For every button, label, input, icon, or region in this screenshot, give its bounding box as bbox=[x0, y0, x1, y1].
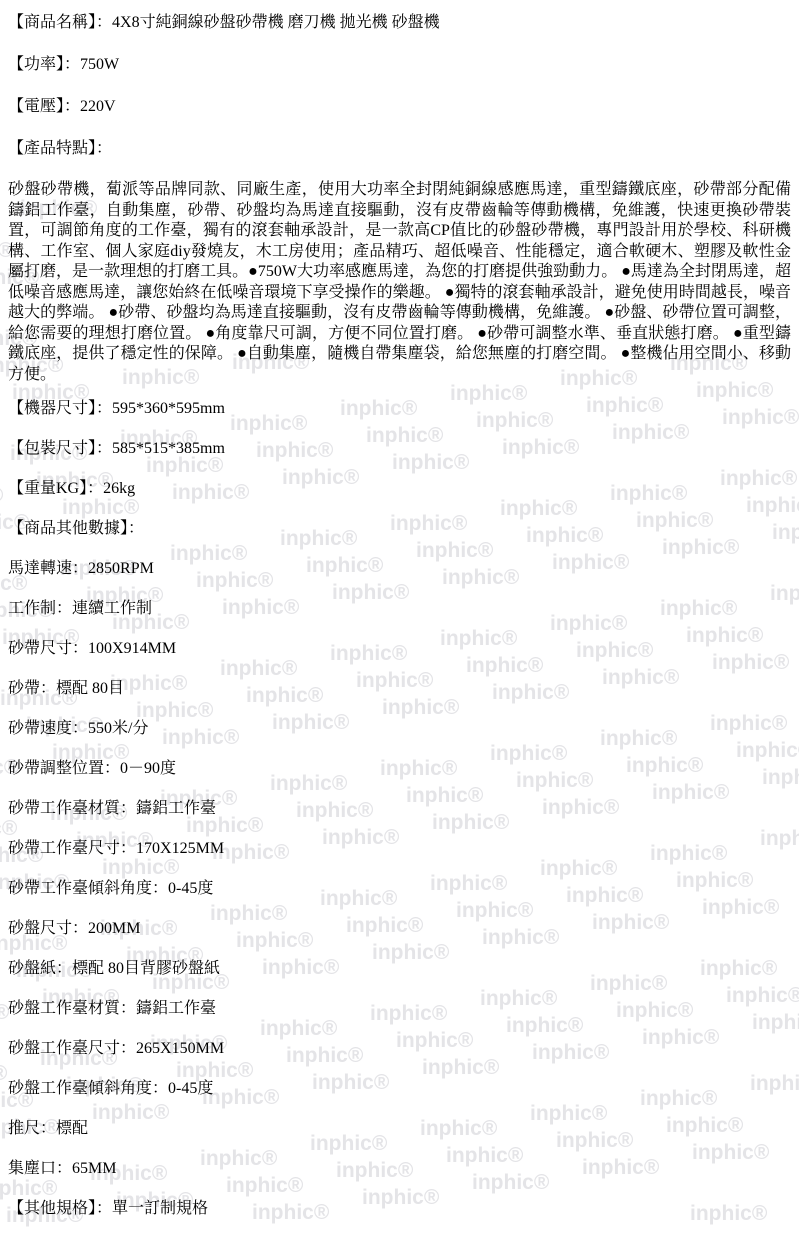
spec-belt-size-value: 100X914MM bbox=[88, 640, 176, 657]
field-package-size-value: 585*515*385mm bbox=[112, 440, 225, 457]
spec-belt-table-size-value: 170X125MM bbox=[136, 840, 224, 857]
spec-belt-table-tilt-value: 0-45度 bbox=[168, 880, 213, 897]
field-machine-size: 【機器尺寸】：595*360*595mm bbox=[8, 398, 791, 419]
field-package-size-label: 【包裝尺寸】 bbox=[8, 440, 96, 457]
field-machine-size-value: 595*360*595mm bbox=[112, 400, 225, 417]
field-other-spec-label: 【其他規格】 bbox=[8, 1200, 96, 1217]
spec-duty-cycle: 工作制：連續工作制 bbox=[8, 598, 791, 619]
field-product-name-label: 【商品名稱】 bbox=[8, 14, 96, 31]
field-product-name: 【商品名稱】：4X8寸純銅線砂盤砂帶機 磨刀機 拋光機 砂盤機 bbox=[8, 12, 791, 33]
field-weight-value: 26kg bbox=[103, 480, 135, 497]
spec-disc-table-tilt: 砂盤工作臺傾斜角度：0-45度 bbox=[8, 1078, 791, 1099]
spec-miter-gauge-value: 標配 bbox=[56, 1120, 88, 1137]
field-machine-size-label: 【機器尺寸】 bbox=[8, 400, 96, 417]
spec-disc-table-size-label: 砂盤工作臺尺寸 bbox=[8, 1040, 120, 1057]
spec-belt-size-label: 砂帶尺寸 bbox=[8, 640, 72, 657]
spec-belt-adjust-range-label: 砂帶調整位置 bbox=[8, 760, 104, 777]
spec-belt-table-size: 砂帶工作臺尺寸：170X125MM bbox=[8, 838, 791, 859]
colon: ： bbox=[72, 920, 88, 937]
colon: ： bbox=[104, 760, 120, 777]
colon: ： bbox=[64, 56, 80, 73]
spec-duty-cycle-value: 連續工作制 bbox=[72, 600, 152, 617]
field-voltage: 【電壓】：220V bbox=[8, 96, 791, 117]
colon: ： bbox=[40, 1120, 56, 1137]
colon: ： bbox=[120, 1040, 136, 1057]
colon: ： bbox=[56, 1160, 72, 1177]
spec-disc-table-size-value: 265X150MM bbox=[136, 1040, 224, 1057]
spec-belt-table-size-label: 砂帶工作臺尺寸 bbox=[8, 840, 120, 857]
spec-belt: 砂帶：標配 80目 bbox=[8, 678, 791, 699]
spec-disc-paper: 砂盤紙：標配 80目背膠砂盤紙 bbox=[8, 958, 791, 979]
spec-dust-port-label: 集塵口 bbox=[8, 1160, 56, 1177]
spec-belt-speed-label: 砂帶速度 bbox=[8, 720, 72, 737]
colon: ： bbox=[96, 400, 112, 417]
spec-belt-adjust-range-value: 0－90度 bbox=[120, 760, 176, 777]
colon: ： bbox=[96, 140, 112, 157]
field-power: 【功率】：750W bbox=[8, 54, 791, 75]
spec-disc-size-value: 200MM bbox=[88, 920, 140, 937]
spec-motor-speed-label: 馬達轉速 bbox=[8, 560, 72, 577]
spec-belt-table-tilt-label: 砂帶工作臺傾斜角度 bbox=[8, 880, 152, 897]
spec-miter-gauge-label: 推尺 bbox=[8, 1120, 40, 1137]
field-other-data-heading-label: 【商品其他數據】 bbox=[8, 520, 128, 537]
colon: ： bbox=[152, 880, 168, 897]
colon: ： bbox=[56, 600, 72, 617]
field-voltage-value: 220V bbox=[80, 98, 116, 115]
spec-belt-table-material-label: 砂帶工作臺材質 bbox=[8, 800, 120, 817]
colon: ： bbox=[152, 1080, 168, 1097]
colon: ： bbox=[72, 640, 88, 657]
colon: ： bbox=[64, 98, 80, 115]
spec-disc-paper-value: 標配 80目背膠砂盤紙 bbox=[72, 960, 220, 977]
spec-belt-table-material: 砂帶工作臺材質：鑄鋁工作臺 bbox=[8, 798, 791, 819]
spec-disc-table-material: 砂盤工作臺材質：鑄鋁工作臺 bbox=[8, 998, 791, 1019]
field-features-heading-label: 【產品特點】 bbox=[8, 140, 96, 157]
spec-belt-table-tilt: 砂帶工作臺傾斜角度：0-45度 bbox=[8, 878, 791, 899]
field-other-spec-value: 單一訂制規格 bbox=[112, 1200, 208, 1217]
features-paragraph: 砂盤砂帶機，蔔派等品牌同款、同廠生產，使用大功率全封閉純銅線感應馬達，重型鑄鐵底… bbox=[8, 180, 791, 385]
colon: ： bbox=[56, 960, 72, 977]
field-power-label: 【功率】 bbox=[8, 56, 64, 73]
spec-disc-table-material-value: 鑄鋁工作臺 bbox=[136, 1000, 216, 1017]
field-power-value: 750W bbox=[80, 56, 119, 73]
spec-disc-size-label: 砂盤尺寸 bbox=[8, 920, 72, 937]
field-voltage-label: 【電壓】 bbox=[8, 98, 64, 115]
spec-disc-size: 砂盤尺寸：200MM bbox=[8, 918, 791, 939]
spec-belt-speed: 砂帶速度：550米/分 bbox=[8, 718, 791, 739]
spec-dust-port: 集塵口：65MM bbox=[8, 1158, 791, 1179]
colon: ： bbox=[87, 480, 103, 497]
spec-disc-table-material-label: 砂盤工作臺材質 bbox=[8, 1000, 120, 1017]
spec-disc-table-tilt-label: 砂盤工作臺傾斜角度 bbox=[8, 1080, 152, 1097]
product-description-content: 【商品名稱】：4X8寸純銅線砂盤砂帶機 磨刀機 拋光機 砂盤機 【功率】：750… bbox=[0, 0, 799, 1219]
spec-dust-port-value: 65MM bbox=[72, 1160, 116, 1177]
field-weight-label: 【重量KG】 bbox=[8, 480, 87, 497]
field-features-heading: 【產品特點】： bbox=[8, 138, 791, 159]
colon: ： bbox=[120, 800, 136, 817]
spec-disc-paper-label: 砂盤紙 bbox=[8, 960, 56, 977]
spec-disc-table-tilt-value: 0-45度 bbox=[168, 1080, 213, 1097]
colon: ： bbox=[96, 440, 112, 457]
colon: ： bbox=[72, 720, 88, 737]
spec-motor-speed: 馬達轉速：2850RPM bbox=[8, 558, 791, 579]
colon: ： bbox=[40, 680, 56, 697]
spec-disc-table-size: 砂盤工作臺尺寸：265X150MM bbox=[8, 1038, 791, 1059]
colon: ： bbox=[120, 840, 136, 857]
spec-belt-speed-value: 550米/分 bbox=[88, 720, 148, 737]
field-other-spec: 【其他規格】：單一訂制規格 bbox=[8, 1198, 791, 1219]
product-description-page: { "separator": "：", "watermark": { "text… bbox=[0, 0, 799, 1242]
colon: ： bbox=[72, 560, 88, 577]
colon: ： bbox=[96, 14, 112, 31]
spec-belt-size: 砂帶尺寸：100X914MM bbox=[8, 638, 791, 659]
field-other-data-heading: 【商品其他數據】： bbox=[8, 518, 791, 539]
field-weight: 【重量KG】：26kg bbox=[8, 478, 791, 499]
field-package-size: 【包裝尺寸】：585*515*385mm bbox=[8, 438, 791, 459]
spec-miter-gauge: 推尺：標配 bbox=[8, 1118, 791, 1139]
colon: ： bbox=[128, 520, 144, 537]
spec-belt-adjust-range: 砂帶調整位置：0－90度 bbox=[8, 758, 791, 779]
spec-belt-label: 砂帶 bbox=[8, 680, 40, 697]
colon: ： bbox=[120, 1000, 136, 1017]
colon: ： bbox=[96, 1200, 112, 1217]
spec-duty-cycle-label: 工作制 bbox=[8, 600, 56, 617]
spec-belt-value: 標配 80目 bbox=[56, 680, 124, 697]
spec-belt-table-material-value: 鑄鋁工作臺 bbox=[136, 800, 216, 817]
field-product-name-value: 4X8寸純銅線砂盤砂帶機 磨刀機 拋光機 砂盤機 bbox=[112, 14, 440, 31]
spec-motor-speed-value: 2850RPM bbox=[88, 560, 154, 577]
